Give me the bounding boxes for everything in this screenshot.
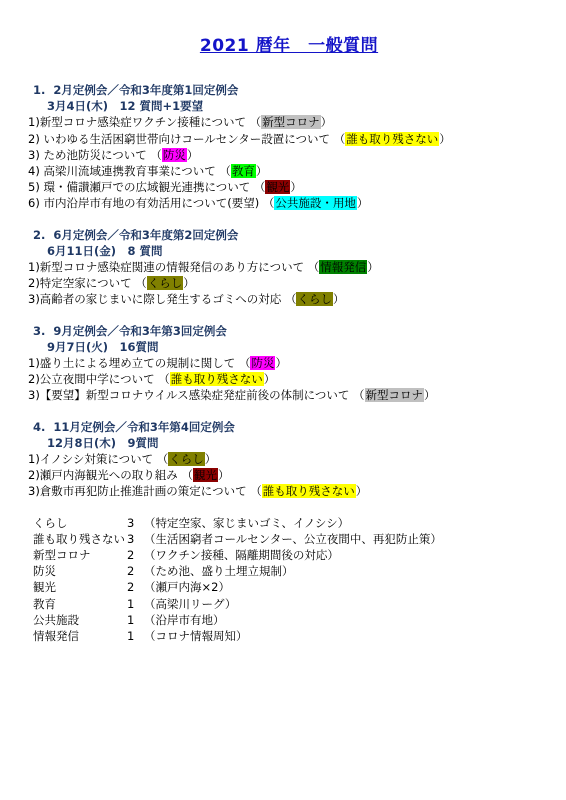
question-text: 4) 高梁川流域連携教育事業について （ bbox=[28, 164, 231, 178]
question-text: 6) 市内沿岸市有地の有効活用について(要望) （ bbox=[28, 196, 274, 210]
question-text: 2)特定空家について （ bbox=[28, 276, 147, 290]
summary-detail: （高梁川リーグ） bbox=[144, 596, 236, 612]
question-close-paren: ） bbox=[357, 196, 369, 210]
session-date: 9月7日(火) 16質問 bbox=[28, 339, 550, 355]
summary-detail: （瀬戸内海×2） bbox=[144, 579, 230, 595]
question-close-paren: ） bbox=[367, 260, 379, 274]
question-line: 2) いわゆる生活困窮世帯向けコールセンター設置について （誰も取り残さない） bbox=[28, 131, 550, 147]
question-tag: 誰も取り残さない bbox=[170, 372, 264, 386]
summary-label: 防災 bbox=[33, 563, 125, 579]
question-text: 2)瀬戸内海観光への取り組み （ bbox=[28, 468, 193, 482]
summary-label: 教育 bbox=[33, 596, 125, 612]
question-text: 1)新型コロナ感染症ワクチン接種について （ bbox=[28, 115, 261, 129]
question-close-paren: ） bbox=[439, 132, 451, 146]
summary-detail: （沿岸市有地） bbox=[144, 612, 225, 628]
summary-detail: （コロナ情報周知） bbox=[144, 628, 248, 644]
summary-count: 2 bbox=[127, 579, 139, 595]
question-line: 2)公立夜間中学について （誰も取り残さない） bbox=[28, 371, 550, 387]
summary-label: 公共施設 bbox=[33, 612, 125, 628]
session-date: 3月4日(木) 12 質問+1要望 bbox=[28, 98, 550, 114]
question-tag: 防災 bbox=[250, 356, 275, 370]
question-line: 5) 環・備讃瀬戸での広域観光連携について （観光） bbox=[28, 179, 550, 195]
question-close-paren: ） bbox=[218, 468, 230, 482]
document-page: 2021 暦年 一般質問 1. 2月定例会／令和3年度第1回定例会 3月4日(木… bbox=[0, 0, 566, 644]
question-tag: くらし bbox=[147, 276, 184, 290]
question-line: 2)特定空家について （くらし） bbox=[28, 275, 550, 291]
question-text: 2) いわゆる生活困窮世帯向けコールセンター設置について （ bbox=[28, 132, 345, 146]
question-close-paren: ） bbox=[321, 115, 333, 129]
summary-row: 情報発信1（コロナ情報周知） bbox=[28, 628, 550, 644]
question-text: 1)盛り土による埋め立ての規制に関して （ bbox=[28, 356, 250, 370]
question-close-paren: ） bbox=[290, 180, 302, 194]
summary-count: 2 bbox=[127, 547, 139, 563]
category-tally: くらし3（特定空家、家じまいゴミ、イノシシ） 誰も取り残さない3（生活困窮者コー… bbox=[28, 515, 550, 645]
summary-count: 1 bbox=[127, 596, 139, 612]
question-line: 4) 高梁川流域連携教育事業について （教育） bbox=[28, 163, 550, 179]
summary-detail: （特定空家、家じまいゴミ、イノシシ） bbox=[144, 515, 349, 531]
question-close-paren: ） bbox=[275, 356, 287, 370]
question-tag: 新型コロナ bbox=[261, 115, 321, 129]
page-title: 2021 暦年 一般質問 bbox=[28, 34, 550, 58]
summary-label: 観光 bbox=[33, 579, 125, 595]
question-close-paren: ） bbox=[183, 276, 195, 290]
question-close-paren: ） bbox=[187, 148, 199, 162]
summary-row: 誰も取り残さない3（生活困窮者コールセンター、公立夜間中、再犯防止策） bbox=[28, 531, 550, 547]
question-close-paren: ） bbox=[264, 372, 276, 386]
question-tag: 情報発信 bbox=[319, 260, 367, 274]
summary-row: 公共施設1（沿岸市有地） bbox=[28, 612, 550, 628]
question-text: 2)公立夜間中学について （ bbox=[28, 372, 170, 386]
summary-count: 1 bbox=[127, 612, 139, 628]
summary-row: 新型コロナ2（ワクチン接種、隔離期間後の対応） bbox=[28, 547, 550, 563]
question-tag: 公共施設・用地 bbox=[274, 196, 357, 210]
summary-row: くらし3（特定空家、家じまいゴミ、イノシシ） bbox=[28, 515, 550, 531]
question-line: 2)瀬戸内海観光への取り組み （観光） bbox=[28, 467, 550, 483]
question-text: 3) ため池防災について （ bbox=[28, 148, 162, 162]
summary-label: 誰も取り残さない bbox=[33, 531, 125, 547]
question-line: 3)倉敷市再犯防止推進計画の策定について （誰も取り残さない） bbox=[28, 483, 550, 499]
summary-row: 教育1（高梁川リーグ） bbox=[28, 596, 550, 612]
summary-detail: （ワクチン接種、隔離期間後の対応） bbox=[144, 547, 339, 563]
meeting-section-4: 4. 11月定例会／令和3年第4回定例会 12月8日(木) 9質問 1)イノシシ… bbox=[28, 419, 550, 500]
summary-row: 観光2（瀬戸内海×2） bbox=[28, 579, 550, 595]
meeting-section-1: 1. 2月定例会／令和3年度第1回定例会 3月4日(木) 12 質問+1要望 1… bbox=[28, 82, 550, 212]
question-tag: くらし bbox=[296, 292, 333, 306]
question-close-paren: ） bbox=[356, 484, 368, 498]
summary-count: 2 bbox=[127, 563, 139, 579]
question-close-paren: ） bbox=[333, 292, 345, 306]
meeting-section-2: 2. 6月定例会／令和3年度第2回定例会 6月11日(金) 8 質問 1)新型コ… bbox=[28, 227, 550, 308]
summary-label: 情報発信 bbox=[33, 628, 125, 644]
section-heading: 3. 9月定例会／令和3年第3回定例会 bbox=[28, 323, 550, 339]
question-text: 1)イノシシ対策について （ bbox=[28, 452, 168, 466]
session-date: 12月8日(木) 9質問 bbox=[28, 435, 550, 451]
summary-detail: （ため池、盛り土埋立規制） bbox=[144, 563, 294, 579]
question-line: 3) ため池防災について （防災） bbox=[28, 147, 550, 163]
question-tag: 教育 bbox=[231, 164, 256, 178]
summary-detail: （生活困窮者コールセンター、公立夜間中、再犯防止策） bbox=[144, 531, 442, 547]
question-line: 1)イノシシ対策について （くらし） bbox=[28, 451, 550, 467]
question-line: 3)【要望】新型コロナウイルス感染症発症前後の体制について （新型コロナ） bbox=[28, 387, 550, 403]
question-text: 3)倉敷市再犯防止推進計画の策定について （ bbox=[28, 484, 262, 498]
section-heading: 1. 2月定例会／令和3年度第1回定例会 bbox=[28, 82, 550, 98]
question-close-paren: ） bbox=[424, 388, 436, 402]
question-tag: 誰も取り残さない bbox=[262, 484, 356, 498]
question-tag: 新型コロナ bbox=[365, 388, 425, 402]
section-heading: 2. 6月定例会／令和3年度第2回定例会 bbox=[28, 227, 550, 243]
question-line: 1)盛り土による埋め立ての規制に関して （防災） bbox=[28, 355, 550, 371]
summary-count: 1 bbox=[127, 628, 139, 644]
summary-count: 3 bbox=[127, 515, 139, 531]
summary-row: 防災2（ため池、盛り土埋立規制） bbox=[28, 563, 550, 579]
question-tag: 防災 bbox=[162, 148, 187, 162]
question-close-paren: ） bbox=[256, 164, 268, 178]
question-tag: 観光 bbox=[193, 468, 218, 482]
summary-label: 新型コロナ bbox=[33, 547, 125, 563]
section-heading: 4. 11月定例会／令和3年第4回定例会 bbox=[28, 419, 550, 435]
question-line: 1)新型コロナ感染症ワクチン接種について （新型コロナ） bbox=[28, 114, 550, 130]
summary-label: くらし bbox=[33, 515, 125, 531]
question-text: 3)高齢者の家じまいに際し発生するゴミへの対応 （ bbox=[28, 292, 296, 306]
session-date: 6月11日(金) 8 質問 bbox=[28, 243, 550, 259]
question-tag: 観光 bbox=[265, 180, 290, 194]
question-line: 6) 市内沿岸市有地の有効活用について(要望) （公共施設・用地） bbox=[28, 195, 550, 211]
summary-count: 3 bbox=[127, 531, 139, 547]
question-tag: 誰も取り残さない bbox=[345, 132, 439, 146]
question-tag: くらし bbox=[168, 452, 205, 466]
meeting-section-3: 3. 9月定例会／令和3年第3回定例会 9月7日(火) 16質問 1)盛り土によ… bbox=[28, 323, 550, 404]
question-text: 3)【要望】新型コロナウイルス感染症発症前後の体制について （ bbox=[28, 388, 365, 402]
question-line: 3)高齢者の家じまいに際し発生するゴミへの対応 （くらし） bbox=[28, 291, 550, 307]
question-text: 1)新型コロナ感染症関連の情報発信のあり方について （ bbox=[28, 260, 319, 274]
question-line: 1)新型コロナ感染症関連の情報発信のあり方について （情報発信） bbox=[28, 259, 550, 275]
question-close-paren: ） bbox=[205, 452, 217, 466]
question-text: 5) 環・備讃瀬戸での広域観光連携について （ bbox=[28, 180, 265, 194]
